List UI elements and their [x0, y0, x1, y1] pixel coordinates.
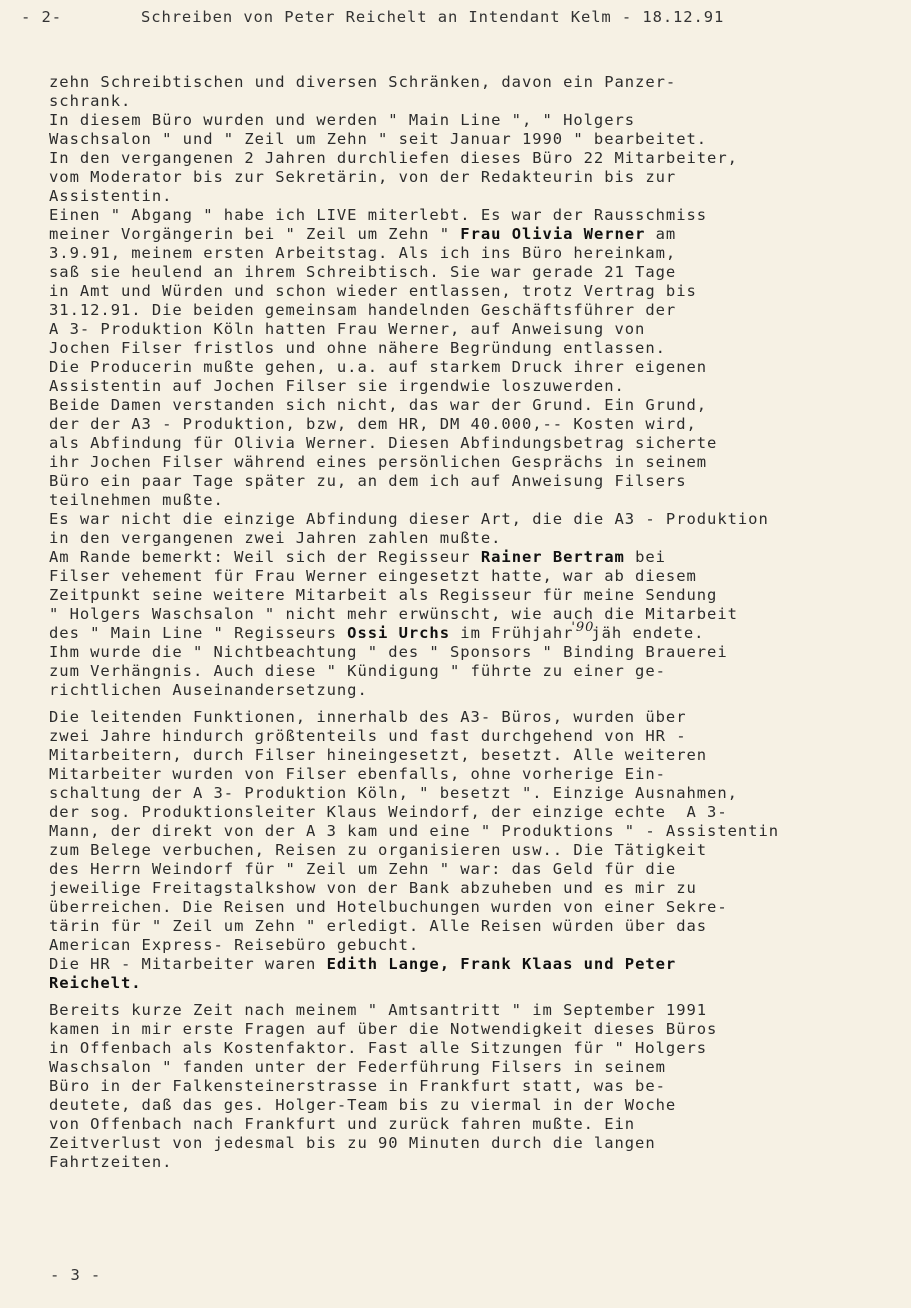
text-line: Zeitverlust von jedesmal bis zu 90 Minut…	[49, 1134, 899, 1153]
text-line: der sog. Produktionsleiter Klaus Weindor…	[49, 803, 899, 822]
document-page: - 2-Schreiben von Peter Reichelt an Inte…	[0, 0, 911, 1308]
text-line: Büro ein paar Tage später zu, an dem ich…	[49, 472, 899, 491]
text-line: 31.12.91. Die beiden gemeinsam handelnde…	[49, 301, 899, 320]
text-line: Büro in der Falkensteinerstrasse in Fran…	[49, 1077, 899, 1096]
text-line: Mann, der direkt von der A 3 kam und ein…	[49, 822, 899, 841]
text-line: Die HR - Mitarbeiter waren Edith Lange, …	[49, 955, 899, 974]
letter-title: Schreiben von Peter Reichelt an Intendan…	[141, 8, 724, 26]
letter-body: zehn Schreibtischen und diversen Schränk…	[49, 73, 899, 1172]
text-line: Es war nicht die einzige Abfindung diese…	[49, 510, 899, 529]
text-line: Assistentin auf Jochen Filser sie irgend…	[49, 377, 899, 396]
text-line: zehn Schreibtischen und diversen Schränk…	[49, 73, 899, 92]
text-line: Bereits kurze Zeit nach meinem " Amtsant…	[49, 1001, 899, 1020]
text-line: in Offenbach als Kostenfaktor. Fast alle…	[49, 1039, 899, 1058]
text-line: In diesem Büro wurden und werden " Main …	[49, 111, 899, 130]
text-line: der der A3 - Produktion, bzw, dem HR, DM…	[49, 415, 899, 434]
text-line: Jochen Filser fristlos und ohne nähere B…	[49, 339, 899, 358]
text-line: Ihm wurde die " Nichtbeachtung " des " S…	[49, 643, 899, 662]
bold-name: Edith Lange, Frank Klaas und Peter	[327, 955, 677, 973]
text-line: jeweilige Freitagstalkshow von der Bank …	[49, 879, 899, 898]
text-line: Mitarbeiter wurden von Filser ebenfalls,…	[49, 765, 899, 784]
text-line: 3.9.91, meinem ersten Arbeitstag. Als ic…	[49, 244, 899, 263]
paragraph-gap	[49, 700, 899, 708]
page-header: - 2-Schreiben von Peter Reichelt an Inte…	[21, 8, 724, 26]
text-line: als Abfindung für Olivia Werner. Diesen …	[49, 434, 899, 453]
bold-name: Rainer Bertram	[481, 548, 625, 566]
text-line: Fahrtzeiten.	[49, 1153, 899, 1172]
text-line: zwei Jahre hindurch größtenteils und fas…	[49, 727, 899, 746]
text-line: Mitarbeitern, durch Filser hineingesetzt…	[49, 746, 899, 765]
text-line: kamen in mir erste Fragen auf über die N…	[49, 1020, 899, 1039]
text-line: Waschsalon " fanden unter der Federführu…	[49, 1058, 899, 1077]
text-line: in den vergangenen zwei Jahren zahlen mu…	[49, 529, 899, 548]
text-line: überreichen. Die Reisen und Hotelbuchung…	[49, 898, 899, 917]
text-line: Reichelt.	[49, 974, 899, 993]
text-line: " Holgers Waschsalon " nicht mehr erwüns…	[49, 605, 899, 624]
text-line: saß sie heulend an ihrem Schreibtisch. S…	[49, 263, 899, 282]
text-line: Die Producerin mußte gehen, u.a. auf sta…	[49, 358, 899, 377]
text-line: Assistentin.	[49, 187, 899, 206]
text-line: meiner Vorgängerin bei " Zeil um Zehn " …	[49, 225, 899, 244]
text-line: schrank.	[49, 92, 899, 111]
text-line: American Express- Reisebüro gebucht.	[49, 936, 899, 955]
bold-name: Ossi Urchs	[347, 624, 450, 642]
page-number: - 2-	[21, 8, 141, 26]
text-line: Zeitpunkt seine weitere Mitarbeit als Re…	[49, 586, 899, 605]
text-line: teilnehmen mußte.	[49, 491, 899, 510]
text-line: zum Belege verbuchen, Reisen zu organisi…	[49, 841, 899, 860]
text-line: In den vergangenen 2 Jahren durchliefen …	[49, 149, 899, 168]
text-line: vom Moderator bis zur Sekretärin, von de…	[49, 168, 899, 187]
text-line: schaltung der A 3- Produktion Köln, " be…	[49, 784, 899, 803]
text-line: Einen " Abgang " habe ich LIVE miterlebt…	[49, 206, 899, 225]
text-line: deutete, daß das ges. Holger-Team bis zu…	[49, 1096, 899, 1115]
text-line: Die leitenden Funktionen, innerhalb des …	[49, 708, 899, 727]
text-line: richtlichen Auseinandersetzung.	[49, 681, 899, 700]
text-line: zum Verhängnis. Auch diese " Kündigung "…	[49, 662, 899, 681]
text-line: Am Rande bemerkt: Weil sich der Regisseu…	[49, 548, 899, 567]
text-line: ihr Jochen Filser während eines persönli…	[49, 453, 899, 472]
text-line: in Amt und Würden und schon wieder entla…	[49, 282, 899, 301]
text-line: Waschsalon " und " Zeil um Zehn " seit J…	[49, 130, 899, 149]
text-line: des " Main Line " Regisseurs Ossi Urchs …	[49, 624, 899, 643]
text-line: des Herrn Weindorf für " Zeil um Zehn " …	[49, 860, 899, 879]
text-line: von Offenbach nach Frankfurt und zurück …	[49, 1115, 899, 1134]
text-line: Beide Damen verstanden sich nicht, das w…	[49, 396, 899, 415]
text-line: A 3- Produktion Köln hatten Frau Werner,…	[49, 320, 899, 339]
text-line: tärin für " Zeil um Zehn " erledigt. All…	[49, 917, 899, 936]
handwritten-annotation: '90	[571, 620, 594, 635]
bold-name: Reichelt.	[49, 974, 142, 992]
bold-name: Frau Olivia Werner	[460, 225, 645, 243]
next-page-marker: - 3 -	[50, 1266, 101, 1284]
text-line: Filser vehement für Frau Werner eingeset…	[49, 567, 899, 586]
paragraph-gap	[49, 993, 899, 1001]
